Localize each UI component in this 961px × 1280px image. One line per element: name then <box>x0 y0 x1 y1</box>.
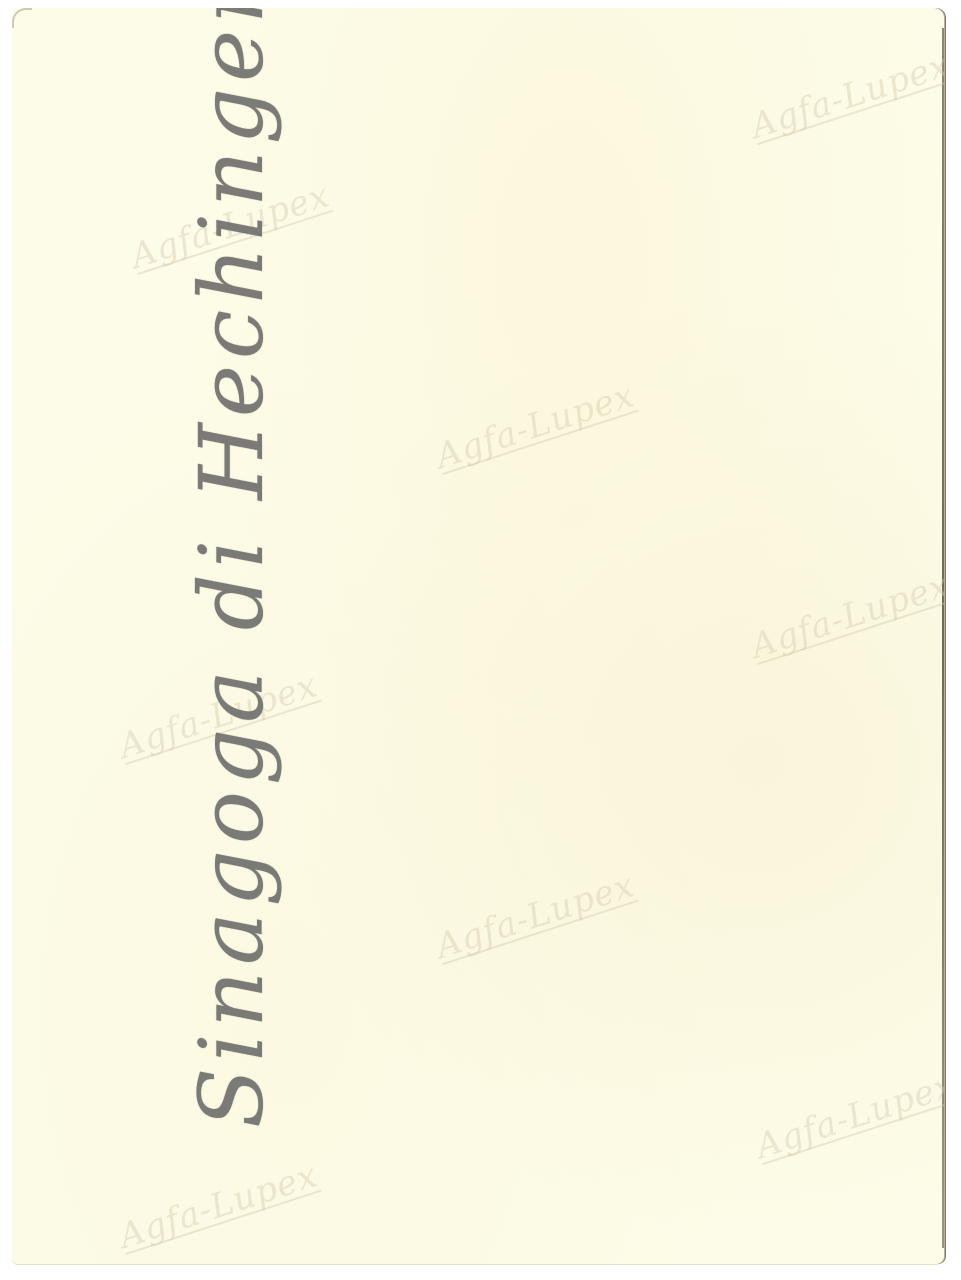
watermark-text: Agfa-Lupex <box>431 375 639 477</box>
watermark-text: Agfa-Lupex <box>114 1155 322 1257</box>
watermark-text: Agfa-Lupex <box>746 45 944 147</box>
watermark-text: Agfa-Lupex <box>746 565 944 667</box>
watermark-agfa-lupex: Agfa-Lupex <box>114 1155 322 1255</box>
paper-corner-curl <box>12 8 32 28</box>
watermark-agfa-lupex: Agfa-Lupex <box>746 45 944 145</box>
watermark-agfa-lupex: Agfa-Lupex <box>431 375 639 475</box>
watermark-text: Agfa-Lupex <box>431 865 639 967</box>
paper-edge-shadow <box>942 28 944 1248</box>
watermark-agfa-lupex: Agfa-Lupex <box>746 565 944 665</box>
handwritten-inscription: Sinagoga di Hechingen <box>180 8 283 1128</box>
watermark-text: Agfa-Lupex <box>751 1065 944 1167</box>
photo-back-paper: Agfa-Lupex Agfa-Lupex Agfa-Lupex Agfa-Lu… <box>12 8 944 1264</box>
watermark-agfa-lupex: Agfa-Lupex <box>751 1065 944 1165</box>
watermark-agfa-lupex: Agfa-Lupex <box>431 865 639 965</box>
